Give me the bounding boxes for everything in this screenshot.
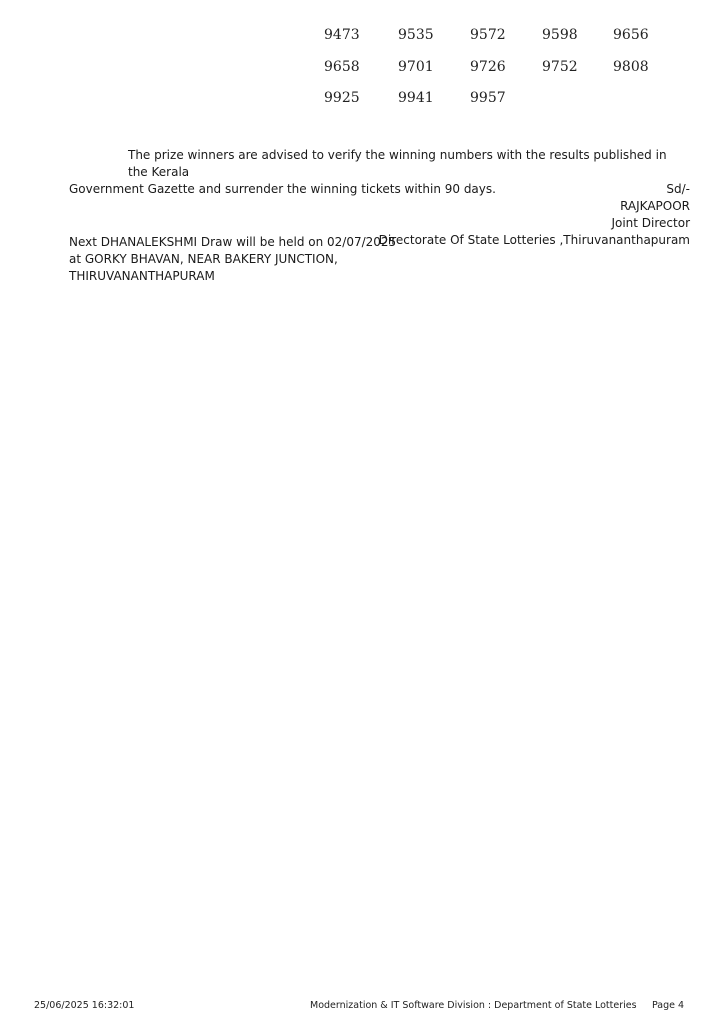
signature-block: Sd/- RAJKAPOOR Joint Director Directorat…: [379, 181, 690, 249]
signature-sd: Sd/-: [379, 181, 690, 198]
ticket-number: 9535: [398, 27, 434, 43]
ticket-number: 9925: [324, 90, 360, 106]
ticket-number: 9941: [398, 90, 434, 106]
footer-page-number: Page 4: [652, 1000, 684, 1011]
ticket-number: 9808: [613, 59, 649, 75]
footer-division: Modernization & IT Software Division : D…: [310, 1000, 637, 1011]
ticket-number: 9957: [470, 90, 506, 106]
ticket-number: 9701: [398, 59, 434, 75]
ticket-number: 9658: [324, 59, 360, 75]
next-draw-line-3: THIRUVANANTHAPURAM: [69, 268, 396, 285]
signatory-title: Joint Director: [379, 215, 690, 232]
ticket-number: 9726: [470, 59, 506, 75]
footer-timestamp: 25/06/2025 16:32:01: [34, 1000, 134, 1011]
next-draw-info: Next DHANALEKSHMI Draw will be held on 0…: [69, 234, 396, 285]
ticket-number: 9473: [324, 27, 360, 43]
signatory-office: Directorate Of State Lotteries ,Thiruvan…: [379, 232, 690, 249]
next-draw-line-2: at GORKY BHAVAN, NEAR BAKERY JUNCTION,: [69, 251, 396, 268]
signatory-name: RAJKAPOOR: [379, 198, 690, 215]
ticket-number: 9598: [542, 27, 578, 43]
ticket-number: 9656: [613, 27, 649, 43]
next-draw-line-1: Next DHANALEKSHMI Draw will be held on 0…: [69, 234, 396, 251]
ticket-number: 9752: [542, 59, 578, 75]
ticket-number: 9572: [470, 27, 506, 43]
notice-line-1: The prize winners are advised to verify …: [69, 147, 689, 181]
